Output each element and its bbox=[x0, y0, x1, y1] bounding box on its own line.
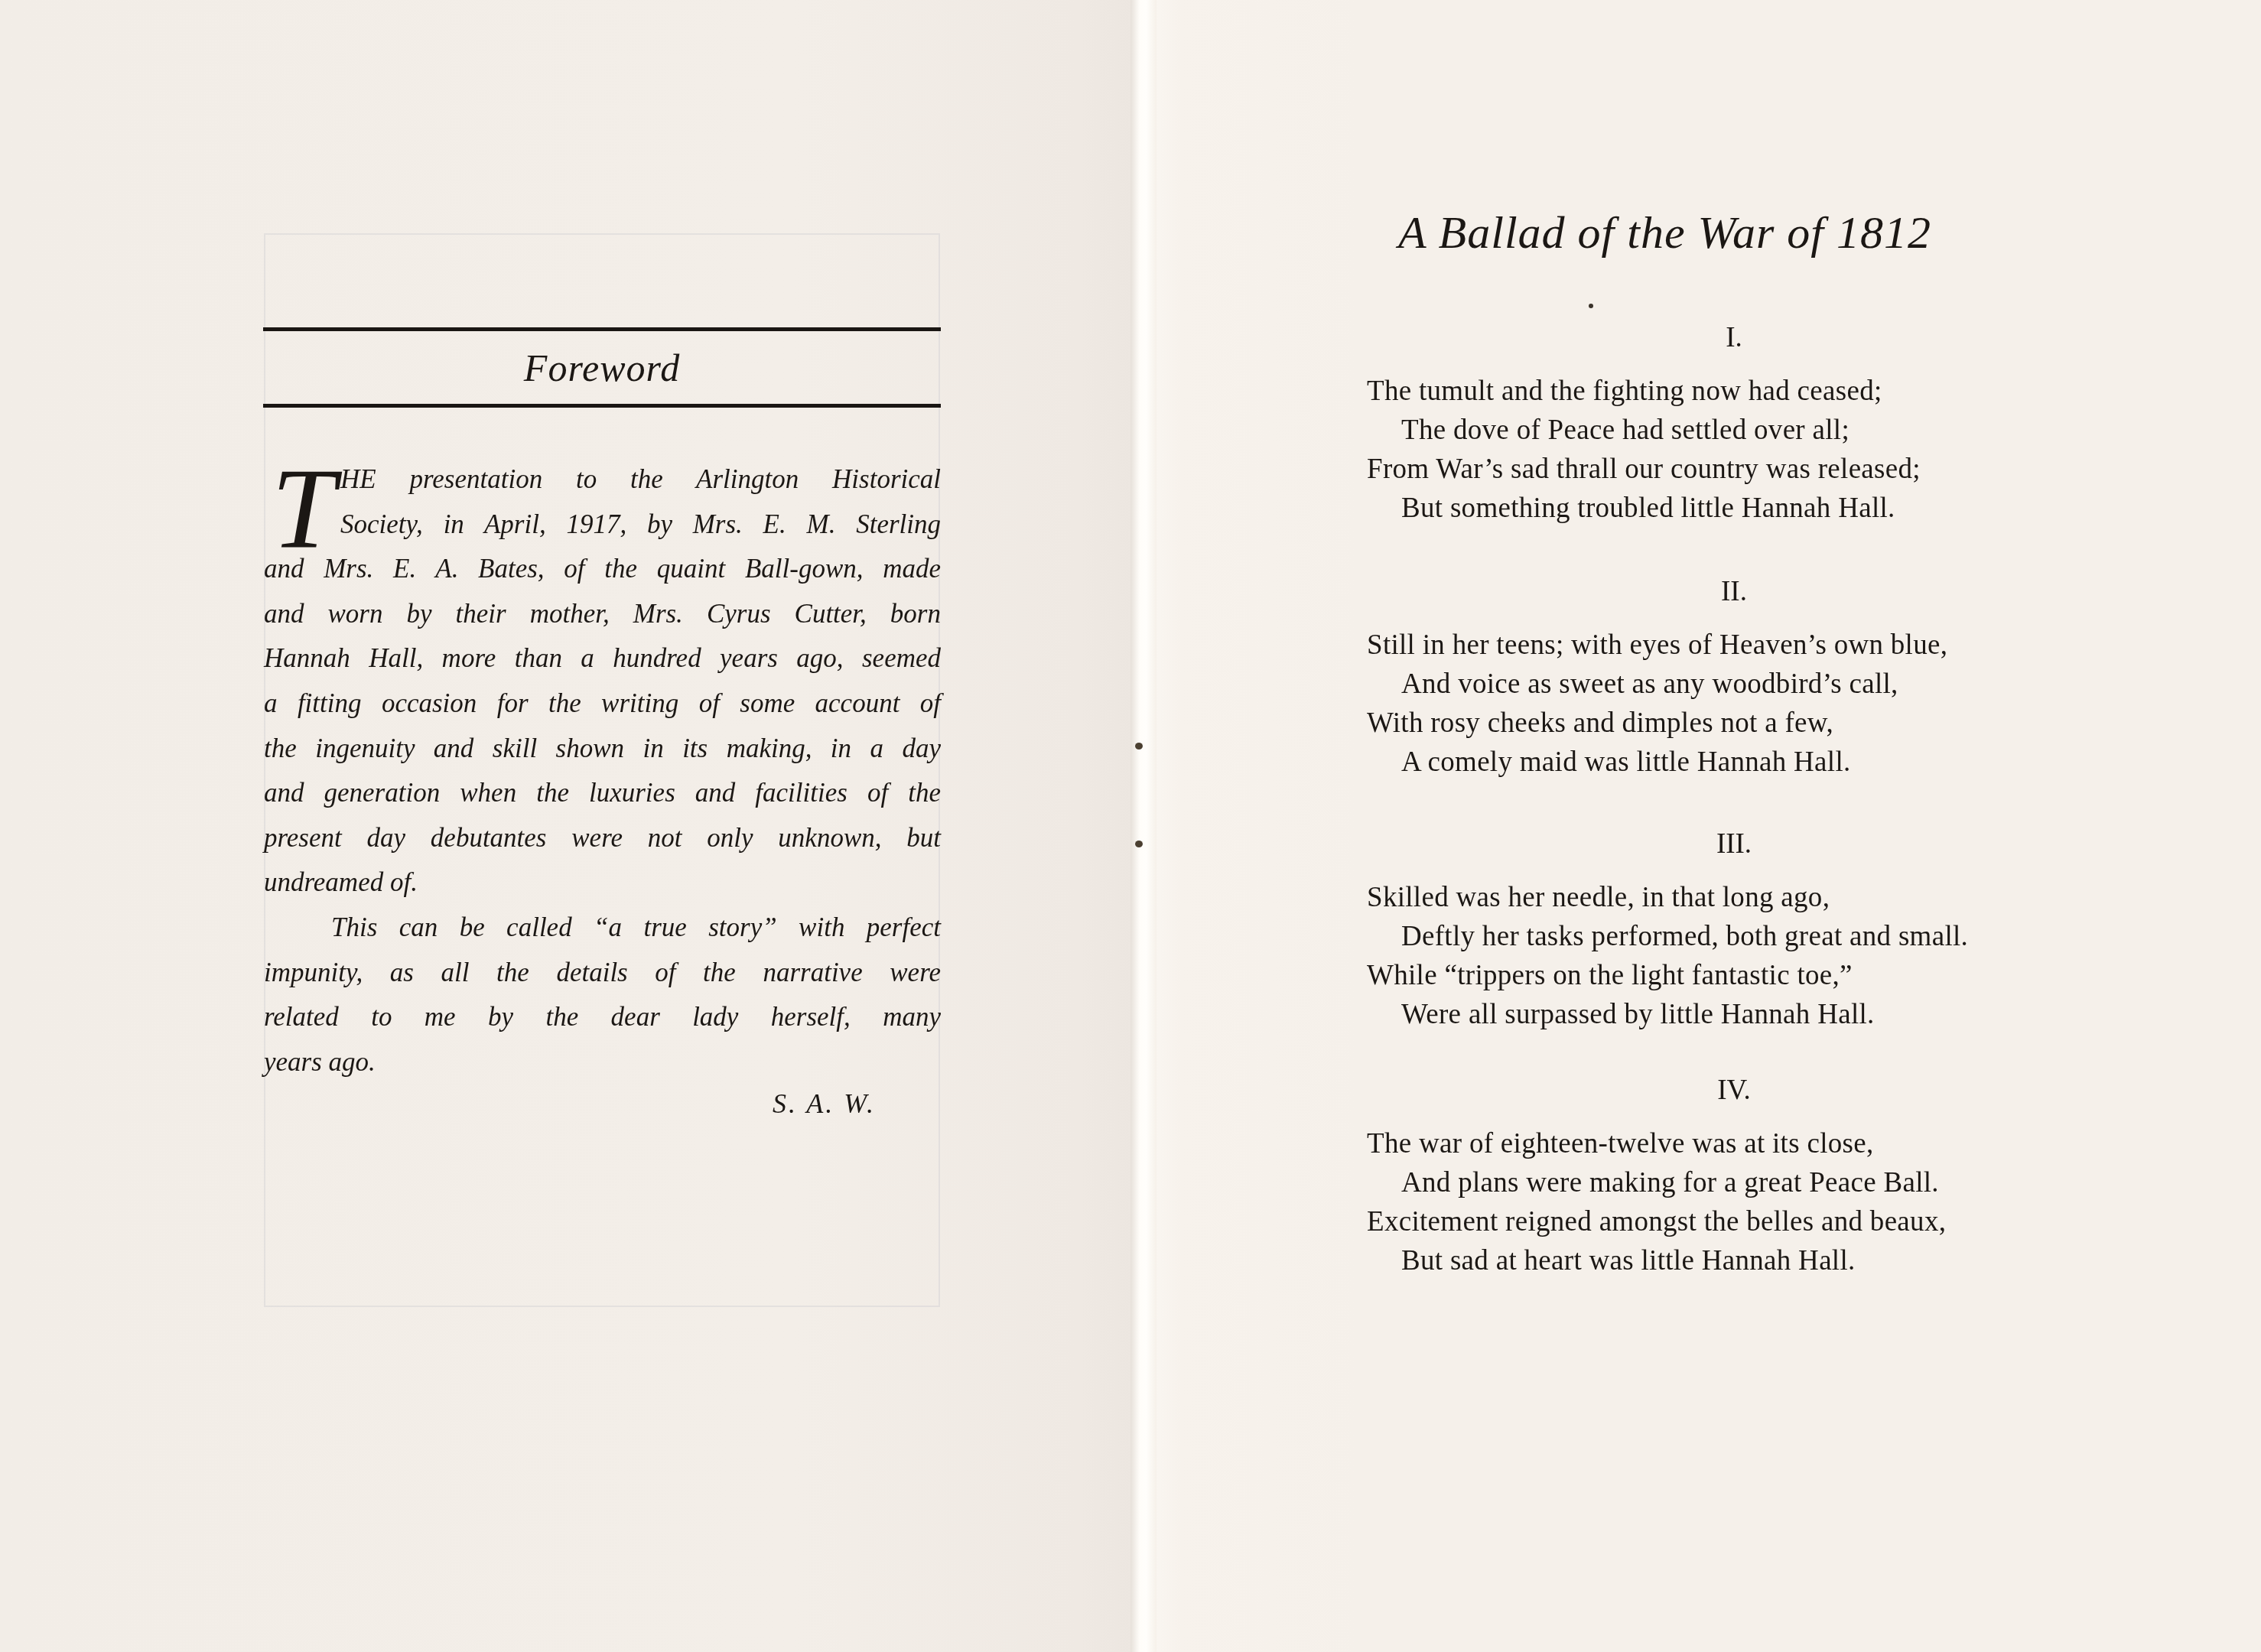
verse-line: But something troubled little Hannah Hal… bbox=[1401, 492, 1895, 525]
foreword-line: years ago. bbox=[264, 1040, 941, 1085]
foreword-line: Hannah Hall, more than a hundred years a… bbox=[264, 636, 941, 681]
foreword-line: Society, in April, 1917, by Mrs. E. M. S… bbox=[264, 502, 941, 548]
foreword-body: HE presentation to the Arlington Histori… bbox=[264, 457, 941, 1085]
foreword-line: and generation when the luxuries and fac… bbox=[264, 771, 941, 816]
foreword-line: undreamed of. bbox=[264, 860, 941, 906]
verse-line: A comely maid was little Hannah Hall. bbox=[1401, 746, 1851, 779]
stanza-number: III. bbox=[1367, 828, 2101, 860]
bottom-rule bbox=[263, 404, 941, 408]
verse-line: Excitement reigned amongst the belles an… bbox=[1367, 1205, 1946, 1238]
stanza-number: IV. bbox=[1367, 1074, 2101, 1107]
staple-mark bbox=[1135, 743, 1143, 750]
staple-mark bbox=[1135, 841, 1143, 847]
verse-line: Skilled was her needle, in that long ago… bbox=[1367, 881, 1830, 914]
foreword-line: and Mrs. E. A. Bates, of the quaint Ball… bbox=[264, 547, 941, 592]
foreword-line: a fitting occasion for the writing of so… bbox=[264, 681, 941, 727]
foreword-line: This can be called “a true story” with p… bbox=[264, 906, 941, 951]
foreword-line: related to me by the dear lady herself, … bbox=[264, 995, 941, 1040]
verse-line: But sad at heart was little Hannah Hall. bbox=[1401, 1244, 1856, 1277]
foreword-line: the ingenuity and skill shown in its mak… bbox=[264, 727, 941, 772]
book-gutter bbox=[1130, 0, 1157, 1652]
verse-line: Were all surpassed by little Hannah Hall… bbox=[1401, 998, 1875, 1031]
foreword-line: HE presentation to the Arlington Histori… bbox=[264, 457, 941, 502]
verse-line: And voice as sweet as any woodbird’s cal… bbox=[1401, 668, 1898, 701]
stanza-number: II. bbox=[1367, 575, 2101, 608]
foreword-line: impunity, as all the details of the narr… bbox=[264, 951, 941, 996]
verse-line: Still in her teens; with eyes of Heaven’… bbox=[1367, 629, 1947, 662]
stanza-number: I. bbox=[1367, 321, 2101, 354]
foreword-line: present day debutantes were not only unk… bbox=[264, 816, 941, 861]
foreword-line: and worn by their mother, Mrs. Cyrus Cut… bbox=[264, 592, 941, 637]
ballad-title: A Ballad of the War of 1812 bbox=[1398, 206, 1931, 259]
verse-line: From War’s sad thrall our country was re… bbox=[1367, 453, 1921, 486]
verse-line: And plans were making for a great Peace … bbox=[1401, 1166, 1939, 1199]
top-rule bbox=[263, 327, 941, 331]
author-initials: S. A. W. bbox=[773, 1088, 876, 1120]
foreword-heading: Foreword bbox=[263, 346, 941, 390]
verse-line: With rosy cheeks and dimples not a few, bbox=[1367, 707, 1833, 740]
verse-line: Deftly her tasks performed, both great a… bbox=[1401, 920, 1968, 953]
verse-line: The dove of Peace had settled over all; bbox=[1401, 414, 1849, 447]
verse-line: The tumult and the fighting now had ceas… bbox=[1367, 375, 1882, 408]
ink-speck bbox=[1589, 304, 1593, 308]
verse-line: The war of eighteen-twelve was at its cl… bbox=[1367, 1127, 1874, 1160]
verse-line: While “trippers on the light fantastic t… bbox=[1367, 959, 1853, 992]
